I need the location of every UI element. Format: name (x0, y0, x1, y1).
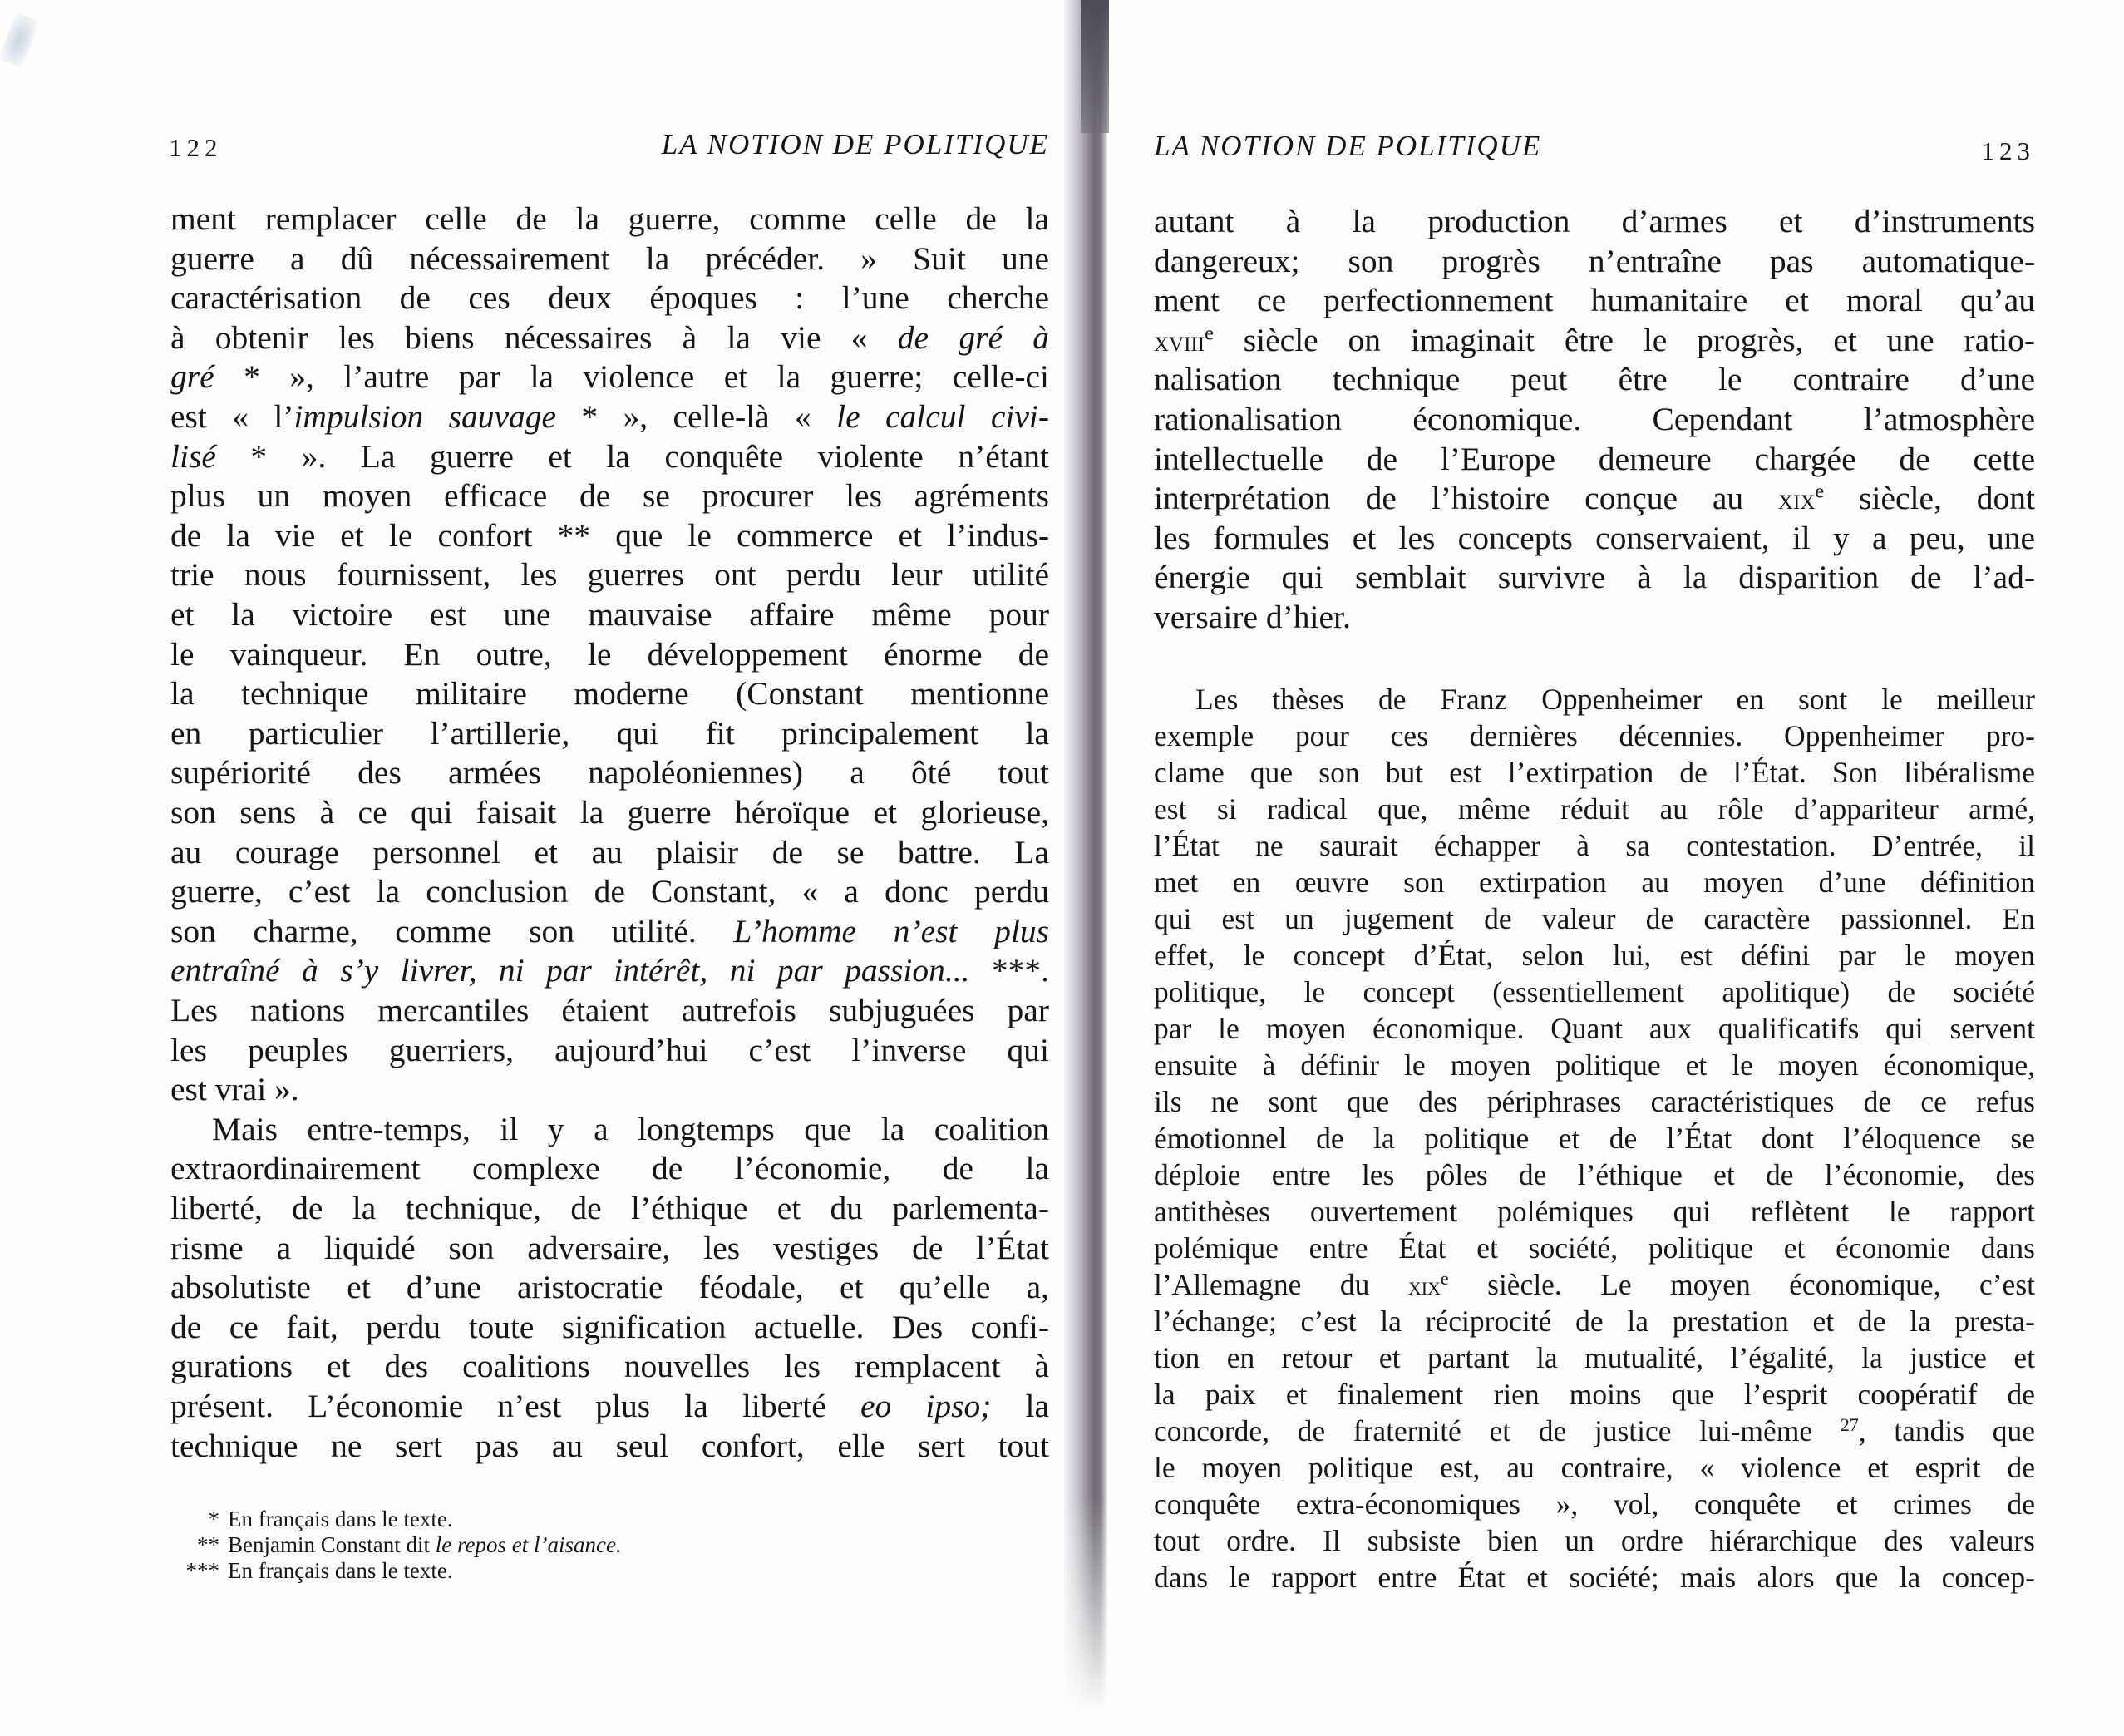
text-run: Mais entre-temps, il y a longtemps que l… (212, 1111, 1049, 1147)
text-run: * », l’autre par la violence et la guerr… (214, 358, 1049, 395)
text-run: polémique entre État et société, politiq… (1154, 1231, 2035, 1265)
text-run: Les thèses de Franz Oppenheimer en sont … (1195, 683, 2035, 716)
footnote: *En français dans le texte. (166, 1507, 453, 1532)
text-run: nalisation technique peut être le contra… (1154, 361, 2035, 397)
italic-text: impulsion sauvage (293, 398, 556, 435)
text-line: nalisation technique peut être le contra… (1154, 360, 2035, 398)
text-run: les peuples guerriers, aujourd’hui c’est… (170, 1032, 1049, 1068)
text-run: tout ordre. Il subsiste bien un ordre hi… (1154, 1524, 2035, 1557)
text-line: antithèses ouvertement polémiques qui re… (1154, 1194, 2035, 1229)
text-line: l’État ne saurait échapper à sa contesta… (1154, 828, 2035, 863)
text-line: dangereux; son progrès n’entraîne pas au… (1154, 242, 2035, 280)
text-line: rationalisation économique. Cependant l’… (1154, 400, 2035, 438)
text-run: l’échange; c’est la réciprocité de la pr… (1154, 1304, 2035, 1338)
text-run: guerre a dû nécessairement la précéder. … (170, 240, 1049, 277)
text-line: versaire d’hier. (1154, 598, 2035, 636)
text-run: énergie qui semblait survivre à la dispa… (1154, 559, 2035, 595)
text-line: Les nations mercantiles étaient autrefoi… (170, 991, 1049, 1029)
text-run: qui est un jugement de valeur de caractè… (1154, 902, 2035, 935)
text-line: émotionnel de la politique et de l’État … (1154, 1121, 2035, 1156)
text-run: exemple pour ces dernières décennies. Op… (1154, 719, 2035, 752)
text-line: en particulier l’artillerie, qui fit pri… (170, 714, 1049, 752)
footnote-mark: ** (166, 1532, 219, 1558)
text-line: Les thèses de Franz Oppenheimer en sont … (1195, 682, 2035, 717)
text-line: déploie entre les pôles de l’éthique et … (1154, 1157, 2035, 1192)
text-run: en particulier l’artillerie, qui fit pri… (170, 715, 1049, 752)
text-line: exemple pour ces dernières décennies. Op… (1154, 718, 2035, 753)
text-line: à obtenir les biens nécessaires à la vie… (170, 318, 1049, 357)
text-line: autant à la production d’armes et d’inst… (1154, 202, 2035, 240)
text-run: ils ne sont que des périphrases caractér… (1154, 1085, 2035, 1118)
text-line: énergie qui semblait survivre à la dispa… (1154, 558, 2035, 596)
text-run: à obtenir les biens nécessaires à la vie… (170, 319, 898, 356)
text-line: met en œuvre son extirpation au moyen d’… (1154, 865, 2035, 900)
text-run: interprétation de l’histoire conçue au (1154, 480, 1778, 516)
text-run: est si radical que, même réduit au rôle … (1154, 792, 2035, 826)
text-line: trie nous fournissent, les guerres ont p… (170, 555, 1049, 594)
text-line: polémique entre État et société, politiq… (1154, 1230, 2035, 1265)
text-line: la technique militaire moderne (Constant… (170, 674, 1049, 713)
text-run: intellectuelle de l’Europe demeure charg… (1154, 441, 2035, 477)
text-run: de ce fait, perdu toute signification ac… (170, 1309, 1049, 1345)
text-line: son sens à ce qui faisait la guerre héro… (170, 793, 1049, 831)
binding-fade (1064, 1497, 1107, 1736)
footnote-mark: *** (166, 1558, 219, 1584)
text-run: l’État ne saurait échapper à sa contesta… (1154, 829, 2035, 862)
text-run: la technique militaire moderne (Constant… (170, 675, 1049, 712)
text-line: concorde, de fraternité et de justice lu… (1154, 1413, 2035, 1448)
text-line: Mais entre-temps, il y a longtemps que l… (212, 1110, 1049, 1148)
text-line: conquête extra-économiques », vol, conqu… (1154, 1487, 2035, 1521)
text-run: par le moyen économique. Quant aux quali… (1154, 1012, 2035, 1045)
text-run: ***. (969, 952, 1049, 989)
text-line: l’Allemagne du xixe siècle. Le moyen éco… (1154, 1267, 2035, 1302)
running-title-left: LA NOTION DE POLITIQUE (582, 128, 1049, 161)
text-line: effet, le concept d’État, selon lui, est… (1154, 938, 2035, 973)
text-line: dans le rapport entre État et société; m… (1154, 1560, 2035, 1595)
text-run: liberté, de la technique, de l’éthique e… (170, 1190, 1049, 1226)
page-number-left: 122 (169, 133, 223, 163)
text-line: guerre a dû nécessairement la précéder. … (170, 239, 1049, 278)
text-run: En français dans le texte. (228, 1507, 453, 1531)
text-run: émotionnel de la politique et de l’État … (1154, 1122, 2035, 1155)
superscript: e (1441, 1268, 1449, 1289)
text-line: gré * », l’autre par la violence et la g… (170, 358, 1049, 396)
text-line: intellectuelle de l’Europe demeure charg… (1154, 440, 2035, 478)
text-line: extraordinairement complexe de l’économi… (170, 1149, 1049, 1187)
text-run: la paix et finalement rien moins que l’e… (1154, 1378, 2035, 1411)
text-run: xix (1778, 482, 1815, 515)
italic-text: le calcul civi- (836, 398, 1049, 435)
text-run: versaire d’hier. (1154, 599, 1351, 635)
text-line: son charme, comme son utilité. L’homme n… (170, 912, 1049, 950)
text-run: risme a liquidé son adversaire, les vest… (170, 1230, 1049, 1266)
text-line: le moyen politique est, au contraire, « … (1154, 1450, 2035, 1485)
text-run: concorde, de fraternité et de justice lu… (1154, 1414, 1841, 1447)
binding-shadow (1081, 0, 1109, 133)
text-run: met en œuvre son extirpation au moyen d’… (1154, 866, 2035, 899)
text-run: En français dans le texte. (228, 1558, 453, 1583)
text-line: entraîné à s’y livrer, ni par intérêt, n… (170, 951, 1049, 989)
running-title-right: LA NOTION DE POLITIQUE (1154, 130, 1541, 163)
text-line: de ce fait, perdu toute signification ac… (170, 1308, 1049, 1346)
text-line: guerre, c’est la conclusion de Constant,… (170, 872, 1049, 910)
text-run: guerre, c’est la conclusion de Constant,… (170, 873, 1049, 910)
text-run: au courage personnel et au plaisir de se… (170, 834, 1049, 870)
text-run: extraordinairement complexe de l’économi… (170, 1150, 1049, 1186)
text-line: tout ordre. Il subsiste bien un ordre hi… (1154, 1523, 2035, 1558)
text-run: les formules et les concepts conservaien… (1154, 520, 2035, 556)
text-run: * ». La guerre et la conquête violente n… (216, 438, 1049, 475)
text-line: liberté, de la technique, de l’éthique e… (170, 1189, 1049, 1227)
italic-text: entraîné à s’y livrer, ni par intérêt, n… (170, 952, 969, 989)
text-run: déploie entre les pôles de l’éthique et … (1154, 1158, 2035, 1191)
text-line: présent. L’économie n’est plus la libert… (170, 1387, 1049, 1425)
italic-text: L’homme n’est plus (733, 913, 1049, 949)
text-run: dans le rapport entre État et société; m… (1154, 1561, 2035, 1594)
text-run: le vainqueur. En outre, le développement… (170, 636, 1049, 673)
text-line: l’échange; c’est la réciprocité de la pr… (1154, 1304, 2035, 1339)
footnote-mark: * (166, 1507, 219, 1532)
text-run: le moyen politique est, au contraire, « … (1154, 1451, 2035, 1484)
text-run: clame que son but est l’extirpation de l… (1154, 756, 2035, 789)
text-run: est vrai ». (170, 1071, 299, 1107)
text-run: l’Allemagne du (1154, 1268, 1408, 1301)
superscript: 27 (1841, 1414, 1859, 1435)
text-run: supériorité des armées napoléoniennes) a… (170, 754, 1049, 791)
text-run: son charme, comme son utilité. (170, 913, 733, 949)
italic-text: de gré à (898, 319, 1049, 356)
text-line: la paix et finalement rien moins que l’e… (1154, 1377, 2035, 1412)
text-run: ment ce perfectionnement humanitaire et … (1154, 282, 2035, 318)
text-line: clame que son but est l’extirpation de l… (1154, 755, 2035, 790)
text-line: et la victoire est une mauvaise affaire … (170, 595, 1049, 634)
text-run: caractérisation de ces deux époques : l’… (170, 279, 1049, 316)
text-run: de la vie et le confort ** que le commer… (170, 517, 1049, 554)
text-run: politique, le concept (essentiellement a… (1154, 975, 2035, 1009)
text-run: autant à la production d’armes et d’inst… (1154, 203, 2035, 239)
page-number-right: 123 (1945, 136, 2035, 166)
superscript: e (1815, 481, 1824, 503)
text-run: * », celle-là « (556, 398, 836, 435)
text-run: rationalisation économique. Cependant l’… (1154, 401, 2035, 437)
text-line: au courage personnel et au plaisir de se… (170, 833, 1049, 871)
text-line: interprétation de l’histoire conçue au x… (1154, 479, 2035, 517)
text-run: Les nations mercantiles étaient autrefoi… (170, 992, 1049, 1028)
text-run: présent. L’économie n’est plus la libert… (170, 1388, 860, 1424)
text-run: , tandis que (1859, 1414, 2035, 1447)
text-run: tion en retour et partant la mutualité, … (1154, 1341, 2035, 1374)
text-line: caractérisation de ces deux époques : l’… (170, 279, 1049, 317)
text-run: absolutiste et d’une aristocratie féodal… (170, 1269, 1049, 1305)
text-run: son sens à ce qui faisait la guerre héro… (170, 794, 1049, 831)
text-run: xviii (1154, 324, 1205, 358)
text-line: risme a liquidé son adversaire, les vest… (170, 1229, 1049, 1267)
text-line: ils ne sont que des périphrases caractér… (1154, 1084, 2035, 1119)
text-line: absolutiste et d’une aristocratie féodal… (170, 1268, 1049, 1306)
text-run: gurations et des coalitions nouvelles le… (170, 1348, 1049, 1384)
text-run: dangereux; son progrès n’entraîne pas au… (1154, 243, 2035, 279)
text-run: siècle. Le moyen économique, c’est (1449, 1268, 2035, 1301)
text-line: plus un moyen efficace de se procurer le… (170, 476, 1049, 515)
book-binding-gutter (1064, 0, 1107, 1736)
text-line: ment ce perfectionnement humanitaire et … (1154, 281, 2035, 319)
text-line: est vrai ». (170, 1070, 1049, 1108)
text-run: ensuite à définir le moyen politique et … (1154, 1048, 2035, 1082)
text-run: antithèses ouvertement polémiques qui re… (1154, 1195, 2035, 1228)
text-line: par le moyen économique. Quant aux quali… (1154, 1011, 2035, 1046)
text-line: lisé * ». La guerre et la conquête viole… (170, 437, 1049, 476)
scan-smudge (0, 12, 39, 68)
text-line: qui est un jugement de valeur de caractè… (1154, 901, 2035, 936)
text-run: conquête extra-économiques », vol, conqu… (1154, 1487, 2035, 1521)
text-line: les formules et les concepts conservaien… (1154, 519, 2035, 557)
text-line: politique, le concept (essentiellement a… (1154, 974, 2035, 1009)
text-run: et la victoire est une mauvaise affaire … (170, 596, 1049, 633)
text-run: xix (1408, 1271, 1441, 1300)
text-line: tion en retour et partant la mutualité, … (1154, 1340, 2035, 1375)
superscript: e (1205, 322, 1214, 344)
italic-text: le repos et l’aisance. (436, 1532, 622, 1557)
text-line: les peuples guerriers, aujourd’hui c’est… (170, 1031, 1049, 1069)
text-line: de la vie et le confort ** que le commer… (170, 516, 1049, 555)
text-run: siècle, dont (1824, 480, 2035, 516)
text-line: supériorité des armées napoléoniennes) a… (170, 753, 1049, 792)
footnote: ***En français dans le texte. (166, 1558, 453, 1584)
text-line: gurations et des coalitions nouvelles le… (170, 1347, 1049, 1385)
italic-text: lisé (170, 438, 216, 475)
footnote: **Benjamin Constant dit le repos et l’ai… (166, 1532, 622, 1558)
text-run: siècle on imaginait être le progrès, et … (1214, 322, 2035, 358)
text-run: effet, le concept d’État, selon lui, est… (1154, 939, 2035, 972)
text-line: est « l’impulsion sauvage * », celle-là … (170, 397, 1049, 436)
italic-text: gré (170, 358, 214, 395)
text-run: ment remplacer celle de la guerre, comme… (170, 200, 1049, 237)
text-line: xviiie siècle on imaginait être le progr… (1154, 321, 2035, 359)
text-line: technique ne sert pas au seul confort, e… (170, 1427, 1049, 1465)
right-page: LA NOTION DE POLITIQUE 123 autant à la p… (1106, 0, 2124, 1736)
left-page: 122 LA NOTION DE POLITIQUE ment remplace… (0, 0, 1072, 1736)
text-run: trie nous fournissent, les guerres ont p… (170, 556, 1049, 593)
text-line: le vainqueur. En outre, le développement… (170, 635, 1049, 673)
text-run: est « l’ (170, 398, 293, 435)
text-run: Benjamin Constant dit (228, 1532, 436, 1557)
text-line: ensuite à définir le moyen politique et … (1154, 1048, 2035, 1083)
text-run: technique ne sert pas au seul confort, e… (170, 1428, 1049, 1464)
text-run: la (991, 1388, 1049, 1424)
italic-text: eo ipso; (860, 1388, 991, 1424)
text-line: ment remplacer celle de la guerre, comme… (170, 200, 1049, 238)
text-line: est si radical que, même réduit au rôle … (1154, 792, 2035, 826)
text-run: plus un moyen efficace de se procurer le… (170, 477, 1049, 514)
